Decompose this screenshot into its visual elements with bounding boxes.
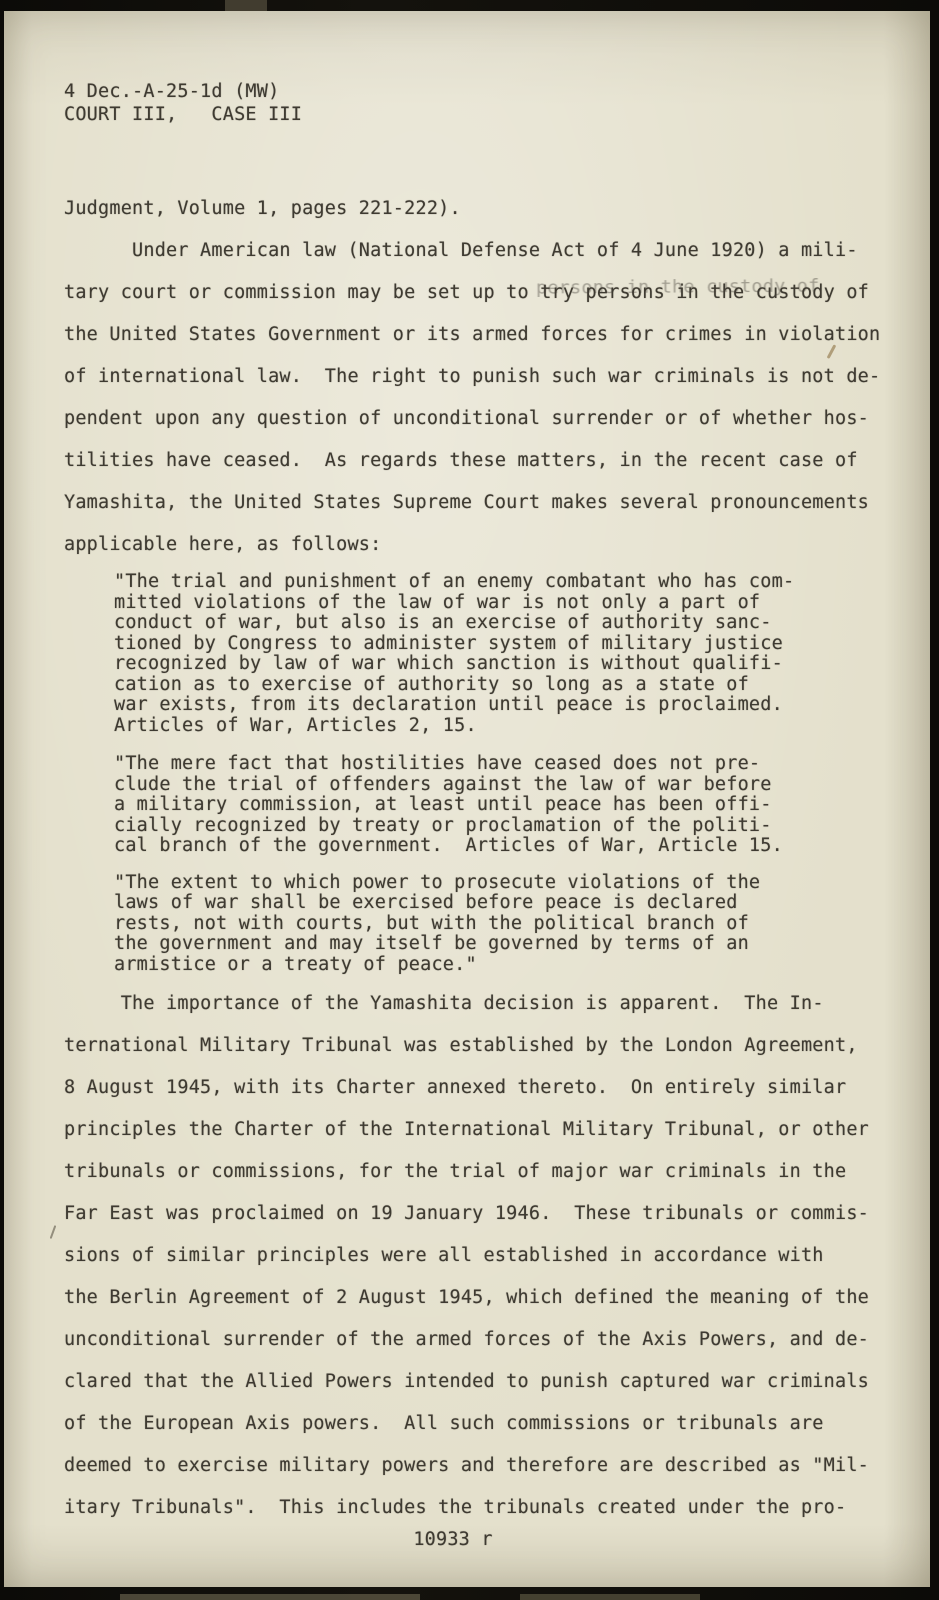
blockquote-trial-and-punishment: "The trial and punishment of an enemy co… xyxy=(114,572,902,736)
document-scan: 4 Dec.-A-25-1d (MW) COURT III, CASE III … xyxy=(0,0,939,1600)
blockquote-extent-of-power: "The extent to which power to prosecute … xyxy=(114,873,902,976)
typewriter-ghost-overstrike: persons in the custody of xyxy=(536,277,820,299)
paragraph-yamashita-importance: The importance of the Yamashita decision… xyxy=(64,983,902,1529)
page-content: 4 Dec.-A-25-1d (MW) COURT III, CASE III … xyxy=(4,11,930,1551)
blockquote-hostilities-ceased: "The mere fact that hostilities have cea… xyxy=(114,754,902,857)
document-header: 4 Dec.-A-25-1d (MW) COURT III, CASE III xyxy=(64,80,902,126)
header-reference-line: 4 Dec.-A-25-1d (MW) xyxy=(64,80,902,103)
header-court-case-line: COURT III, CASE III xyxy=(64,103,902,126)
scan-edge-artifact-bottom-right xyxy=(520,1594,700,1600)
citation-line: Judgment, Volume 1, pages 221-222). xyxy=(64,188,902,230)
scan-edge-artifact-top xyxy=(225,0,267,11)
scan-edge-artifact-bottom-left xyxy=(120,1594,420,1600)
paper-sheet: 4 Dec.-A-25-1d (MW) COURT III, CASE III … xyxy=(4,11,930,1587)
page-number: 10933 r xyxy=(34,1529,872,1551)
